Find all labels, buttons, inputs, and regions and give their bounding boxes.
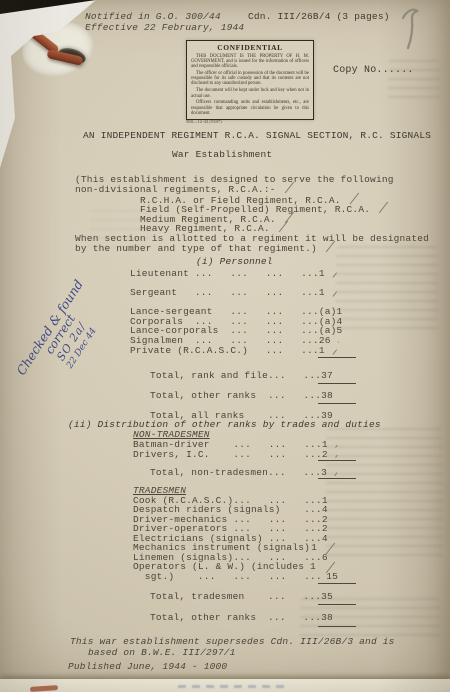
page-title: AN INDEPENDENT REGIMENT R.C.A. SIGNAL SE… xyxy=(83,131,431,141)
row-label: Total, non-tradesmen... ... xyxy=(150,468,321,478)
pencil-tick xyxy=(349,193,358,205)
sum-rule xyxy=(318,383,356,384)
bleed-through-smudge xyxy=(326,428,442,560)
confidential-paragraph: The officer or official in possession of… xyxy=(191,71,309,87)
table-row: Private (R.C.A.S.C.) ... ...1 xyxy=(130,346,338,356)
based-on-line: based on B.W.E. III/297/1 xyxy=(88,648,236,658)
row-label: Total, other ranks ... ... xyxy=(150,391,321,401)
row-label: Total, rank and file... ... xyxy=(150,371,321,381)
document-photo: Notified in G.O. 300/44 Effective 22 Feb… xyxy=(0,0,450,692)
total-row: Total, other ranks ... ...38 xyxy=(150,391,338,401)
table-row: sgt.) ... ... ... ...15 xyxy=(133,572,338,582)
next-page-edge xyxy=(0,679,450,692)
confidential-paragraph: THIS DOCUMENT IS THE PROPERTY OF H. M. G… xyxy=(191,54,309,70)
table-row: Lieutenant ... ... ... ...1 xyxy=(130,269,338,279)
pencil-tick xyxy=(337,342,338,343)
pencil-tick xyxy=(340,397,341,398)
document-page: Notified in G.O. 300/44 Effective 22 Feb… xyxy=(0,0,450,692)
reference-number: Cdn. III/26B/4 (3 pages) xyxy=(248,12,390,22)
confidential-paragraph: The document will be kept under lock and… xyxy=(191,88,309,99)
row-value: 37 xyxy=(321,371,333,381)
intro-line-text: non-divisional regiments, R.C.A.:- xyxy=(75,184,276,195)
personnel-heading: (i) Personnel xyxy=(196,257,273,267)
red-lace-fragment xyxy=(30,685,58,692)
table-row: Drivers, I.C. ... ... ...2 xyxy=(133,450,338,460)
row-label: Total, tradesmen ... ... xyxy=(150,592,321,602)
bleed-through-smudge xyxy=(388,60,440,100)
row-label: Drivers, I.C. ... ... ... xyxy=(133,450,322,460)
row-value: 1 xyxy=(319,269,325,279)
bleed-through-smudge xyxy=(90,210,150,250)
row-label: Sergeant ... ... ... ... xyxy=(130,288,319,298)
confidential-title: CONFIDENTIAL xyxy=(191,43,309,52)
pencil-tick xyxy=(340,377,341,378)
confidential-notice-box: CONFIDENTIAL THIS DOCUMENT IS THE PROPER… xyxy=(186,40,314,120)
row-value: 1 xyxy=(319,288,325,298)
bleed-through-smudge xyxy=(336,246,438,334)
row-value: 15 xyxy=(326,572,338,582)
pencil-tick xyxy=(340,417,341,418)
sum-rule xyxy=(318,583,356,584)
pencil-page-number xyxy=(398,6,424,52)
faint-blue-marks xyxy=(178,685,288,688)
sum-rule xyxy=(318,403,356,404)
published-line: Published June, 1944 - 1000 xyxy=(68,662,227,672)
table-row: Sergeant ... ... ... ...1 xyxy=(130,288,338,298)
row-label: Total, other ranks ... ... xyxy=(150,613,321,623)
page-subtitle: War Establishment xyxy=(172,150,272,160)
total-row: Total, rank and file... ...37 xyxy=(150,371,338,381)
bleed-through-smudge xyxy=(300,598,440,640)
sum-rule xyxy=(318,357,356,358)
pencil-tick xyxy=(332,349,337,355)
effective-line: Effective 22 February, 1944 xyxy=(85,23,244,33)
confidential-paragraph: Officers commanding units and establishm… xyxy=(191,100,309,116)
pencil-tick xyxy=(379,202,388,214)
notified-line: Notified in G.O. 300/44 xyxy=(85,12,221,22)
row-value: 38 xyxy=(321,391,333,401)
print-code: 500—12-43 (5587) xyxy=(186,119,222,124)
handwritten-margin-note: Checked & found correct SO 2a/ 22 Dec 44 xyxy=(1,257,132,420)
intro-line: non-divisional regiments, R.C.A.:- xyxy=(75,185,297,195)
row-value: 1 xyxy=(319,346,325,356)
row-label: sgt.) ... ... ... ... xyxy=(133,572,322,582)
row-label: Private (R.C.A.S.C.) ... ... xyxy=(130,346,319,356)
total-row: Total, non-tradesmen... ...3 xyxy=(150,468,338,478)
row-label: Lieutenant ... ... ... ... xyxy=(130,269,319,279)
